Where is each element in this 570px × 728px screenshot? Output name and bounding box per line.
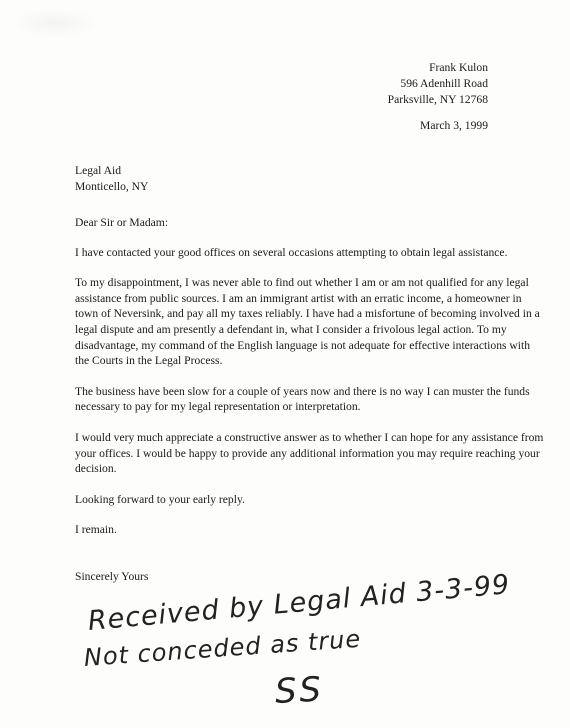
letter-page: Frank Kulon 596 Adenhill Road Parksville… [0,0,570,728]
salutation: Dear Sir or Madam: [75,215,545,231]
handwritten-annotation: Received by Legal Aid 3-3-99 Not concede… [80,592,520,712]
letter-date: March 3, 1999 [420,119,488,132]
handwritten-received-note: Received by Legal Aid 3-3-99 [87,569,512,637]
recipient-address: Legal Aid Monticello, NY [75,163,148,195]
paragraph: I would very much appreciate a construct… [75,430,545,477]
closing: Sincerely Yours [75,570,148,583]
paragraph: I have contacted your good offices on se… [75,245,545,261]
sender-address: Frank Kulon 596 Adenhill Road Parksville… [388,60,488,107]
sender-name: Frank Kulon [388,60,488,76]
sender-city: Parksville, NY 12768 [388,92,488,108]
paragraph: Looking forward to your early reply. [75,492,545,508]
recipient-city: Monticello, NY [75,179,148,195]
faded-stamp-mark [10,8,100,38]
handwritten-initials: SS [274,669,326,712]
paragraph: The business have been slow for a couple… [75,384,545,415]
sender-street: 596 Adenhill Road [388,76,488,92]
paragraph: To my disappointment, I was never able t… [75,275,545,369]
letter-body: Dear Sir or Madam: I have contacted your… [75,215,545,553]
paragraph: I remain. [75,522,545,538]
recipient-name: Legal Aid [75,163,148,179]
